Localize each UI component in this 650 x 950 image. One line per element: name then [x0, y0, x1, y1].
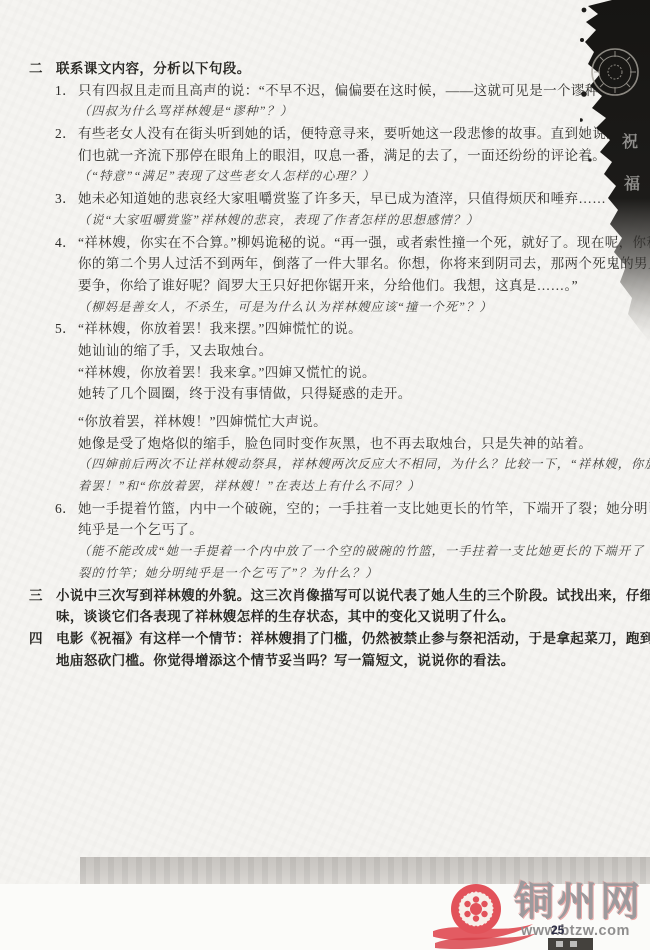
text-line: 要争，你给了谁好呢？阎罗大王只好把你锯开来，分给他们。我想，这真是……。” — [0, 275, 650, 297]
line-text: 有些老女人没有在街头听到她的话，便特意寻来，要听她这一段悲惨的故事。直到她说到呜… — [78, 126, 650, 141]
line-text: 纯乎是一个乞丐了。 — [78, 522, 203, 537]
line-text: 她像是受了炮烙似的缩手，脸色同时变作灰黑，也不再去取烛台，只是失神的站着。 — [78, 436, 592, 451]
line-text: 地庙怒砍门槛。你觉得增添这个情节妥当吗？写一篇短文，说说你的看法。 — [56, 653, 515, 668]
line-marker: 6． — [55, 498, 76, 520]
line-text: 你的第二个男人过活不到两年，倒落了一件大罪名。你想，你将来到阴司去，那两个死鬼的… — [78, 256, 650, 271]
line-text: 着罢！”和“你放着罢，祥林嫂！”在表达上有什么不同？） — [78, 479, 421, 493]
text-lines: 二联系课文内容，分析以下句段。1．只有四叔且走而且高声的说：“不早不迟，偏偏要在… — [0, 58, 650, 671]
line-text: “你放着罢，祥林嫂！”四婶慌忙大声说。 — [78, 414, 327, 429]
line-marker: 4． — [55, 232, 76, 254]
text-line: 5．“祥林嫂，你放着罢！我来摆。”四婶慌忙的说。 — [0, 318, 650, 340]
text-line: （四婶前后两次不让祥林嫂动祭具，祥林嫂两次反应大不相同，为什么？比较一下，“祥林… — [0, 454, 650, 476]
lesson-tab-char-1: 祝 — [617, 129, 643, 152]
watermark-site-name: 铜州网 — [514, 880, 643, 924]
line-text: 们也就一齐流下那停在眼角上的眼泪，叹息一番，满足的去了，一面还纷纷的评论着。 — [78, 148, 606, 163]
text-line: 3．她未必知道她的悲哀经大家咀嚼赏鉴了许多天，早已成为渣滓，只值得烦厌和唾弃…… — [0, 188, 650, 210]
line-marker: 1． — [55, 80, 76, 102]
ink-specks — [580, 8, 592, 162]
footer-tab-glyph — [556, 941, 563, 947]
line-text: 要争，你给了谁好呢？阎罗大王只好把你锯开来，分给他们。我想，这真是……。” — [78, 278, 578, 293]
text-line: 裂的竹竿；她分明纯乎是一个乞丐了”？为什么？） — [0, 563, 650, 585]
watermark-site-url: www.btzw.com — [521, 923, 630, 939]
text-line: （“特意”“满足”表现了这些老女人怎样的心理？） — [0, 166, 650, 188]
text-line: 6．她一手提着竹篮，内中一个破碗，空的；一手拄着一支比她更长的竹竿，下端开了裂；… — [0, 498, 650, 520]
line-text: “祥林嫂，你放着罢！我来拿。”四婶又慌忙的说。 — [78, 365, 376, 380]
text-line: 二联系课文内容，分析以下句段。 — [0, 58, 650, 80]
line-text: 小说中三次写到祥林嫂的外貌。这三次肖像描写可以说代表了她人生的三个阶段。试找出来… — [56, 588, 650, 603]
line-text: 味，谈谈它们各表现了祥林嫂怎样的生存状态，其中的变化又说明了什么。 — [56, 609, 515, 624]
line-text: 裂的竹竿；她分明纯乎是一个乞丐了”？为什么？） — [78, 566, 378, 580]
text-line: （四叔为什么骂祥林嫂是“谬种”？） — [0, 101, 650, 123]
lesson-tab-char-2: 福 — [619, 171, 645, 194]
text-line: “你放着罢，祥林嫂！”四婶慌忙大声说。 — [0, 411, 650, 433]
line-text: 只有四叔且走而且高声的说：“不早不迟，偏偏要在这时候，——这就可见是一个谬种！” — [78, 83, 619, 98]
text-line: 她像是受了炮烙似的缩手，脸色同时变作灰黑，也不再去取烛台，只是失神的站着。 — [0, 433, 650, 455]
line-text: 她一手提着竹篮，内中一个破碗，空的；一手拄着一支比她更长的竹竿，下端开了裂；她分… — [78, 501, 650, 516]
text-line: 4．“祥林嫂，你实在不合算。”柳妈诡秘的说。“再一强，或者索性撞一个死，就好了。… — [0, 232, 650, 254]
line-marker: 5． — [55, 318, 76, 340]
line-text: “祥林嫂，你实在不合算。”柳妈诡秘的说。“再一强，或者索性撞一个死，就好了。现在… — [78, 235, 650, 250]
line-text: （四叔为什么骂祥林嫂是“谬种”？） — [78, 104, 293, 118]
text-line: 们也就一齐流下那停在眼角上的眼泪，叹息一番，满足的去了，一面还纷纷的评论着。 — [0, 145, 650, 167]
line-text: （“特意”“满足”表现了这些老女人怎样的心理？） — [78, 169, 375, 183]
line-marker: 四 — [29, 628, 43, 650]
footer-tab — [548, 938, 593, 950]
line-text: “祥林嫂，你放着罢！我来摆。”四婶慌忙的说。 — [78, 321, 362, 336]
line-text: （四婶前后两次不让祥林嫂动祭具，祥林嫂两次反应大不相同，为什么？比较一下，“祥林… — [78, 457, 650, 471]
text-line: “祥林嫂，你放着罢！我来拿。”四婶又慌忙的说。 — [0, 362, 650, 384]
text-line: （能不能改成“她一手提着一个内中放了一个空的破碗的竹篮，一手拄着一支比她更长的下… — [0, 541, 650, 563]
text-line: 1．只有四叔且走而且高声的说：“不早不迟，偏偏要在这时候，——这就可见是一个谬种… — [0, 80, 650, 102]
line-text: （说“大家咀嚼赏鉴”祥林嫂的悲哀，表现了作者怎样的思想感情？） — [78, 213, 479, 227]
text-line: （说“大家咀嚼赏鉴”祥林嫂的悲哀，表现了作者怎样的思想感情？） — [0, 210, 650, 232]
line-marker: 二 — [29, 58, 43, 80]
text-line: 着罢！”和“你放着罢，祥林嫂！”在表达上有什么不同？） — [0, 476, 650, 498]
line-text: 联系课文内容，分析以下句段。 — [56, 61, 251, 76]
text-line: 四电影《祝福》有这样一个情节：祥林嫂捐了门槛，仍然被禁止参与祭祀活动，于是拿起菜… — [0, 628, 650, 650]
page-number: 25 — [551, 923, 564, 937]
text-line: 她转了几个圆圈，终于没有事情做，只得疑惑的走开。 — [0, 383, 650, 405]
line-marker: 2． — [55, 123, 76, 145]
text-line: 味，谈谈它们各表现了祥林嫂怎样的生存状态，其中的变化又说明了什么。 — [0, 606, 650, 628]
text-line: 你的第二个男人过活不到两年，倒落了一件大罪名。你想，你将来到阴司去，那两个死鬼的… — [0, 253, 650, 275]
text-line: 纯乎是一个乞丐了。 — [0, 519, 650, 541]
footer-tab-glyph — [570, 941, 577, 947]
line-text: 她转了几个圆圈，终于没有事情做，只得疑惑的走开。 — [78, 386, 412, 401]
line-text: （能不能改成“她一手提着一个内中放了一个空的破碗的竹篮，一手拄着一支比她更长的下… — [78, 544, 644, 558]
text-line: 地庙怒砍门槛。你觉得增添这个情节妥当吗？写一篇短文，说说你的看法。 — [0, 650, 650, 672]
text-line: 2．有些老女人没有在街头听到她的话，便特意寻来，要听她这一段悲惨的故事。直到她说… — [0, 123, 650, 145]
line-text: （柳妈是善女人，不杀生，可是为什么认为祥林嫂应该“撞一个死”？） — [78, 300, 493, 314]
line-marker: 3． — [55, 188, 76, 210]
text-line: （柳妈是善女人，不杀生，可是为什么认为祥林嫂应该“撞一个死”？） — [0, 297, 650, 319]
line-text: 她讪讪的缩了手，又去取烛台。 — [78, 343, 273, 358]
text-line: 她讪讪的缩了手，又去取烛台。 — [0, 340, 650, 362]
line-text: 她未必知道她的悲哀经大家咀嚼赏鉴了许多天，早已成为渣滓，只值得烦厌和唾弃…… — [78, 191, 606, 206]
line-marker: 三 — [29, 585, 43, 607]
text-line: 三小说中三次写到祥林嫂的外貌。这三次肖像描写可以说代表了她人生的三个阶段。试找出… — [0, 585, 650, 607]
line-text: 电影《祝福》有这样一个情节：祥林嫂捐了门槛，仍然被禁止参与祭祀活动，于是拿起菜刀… — [56, 631, 650, 646]
